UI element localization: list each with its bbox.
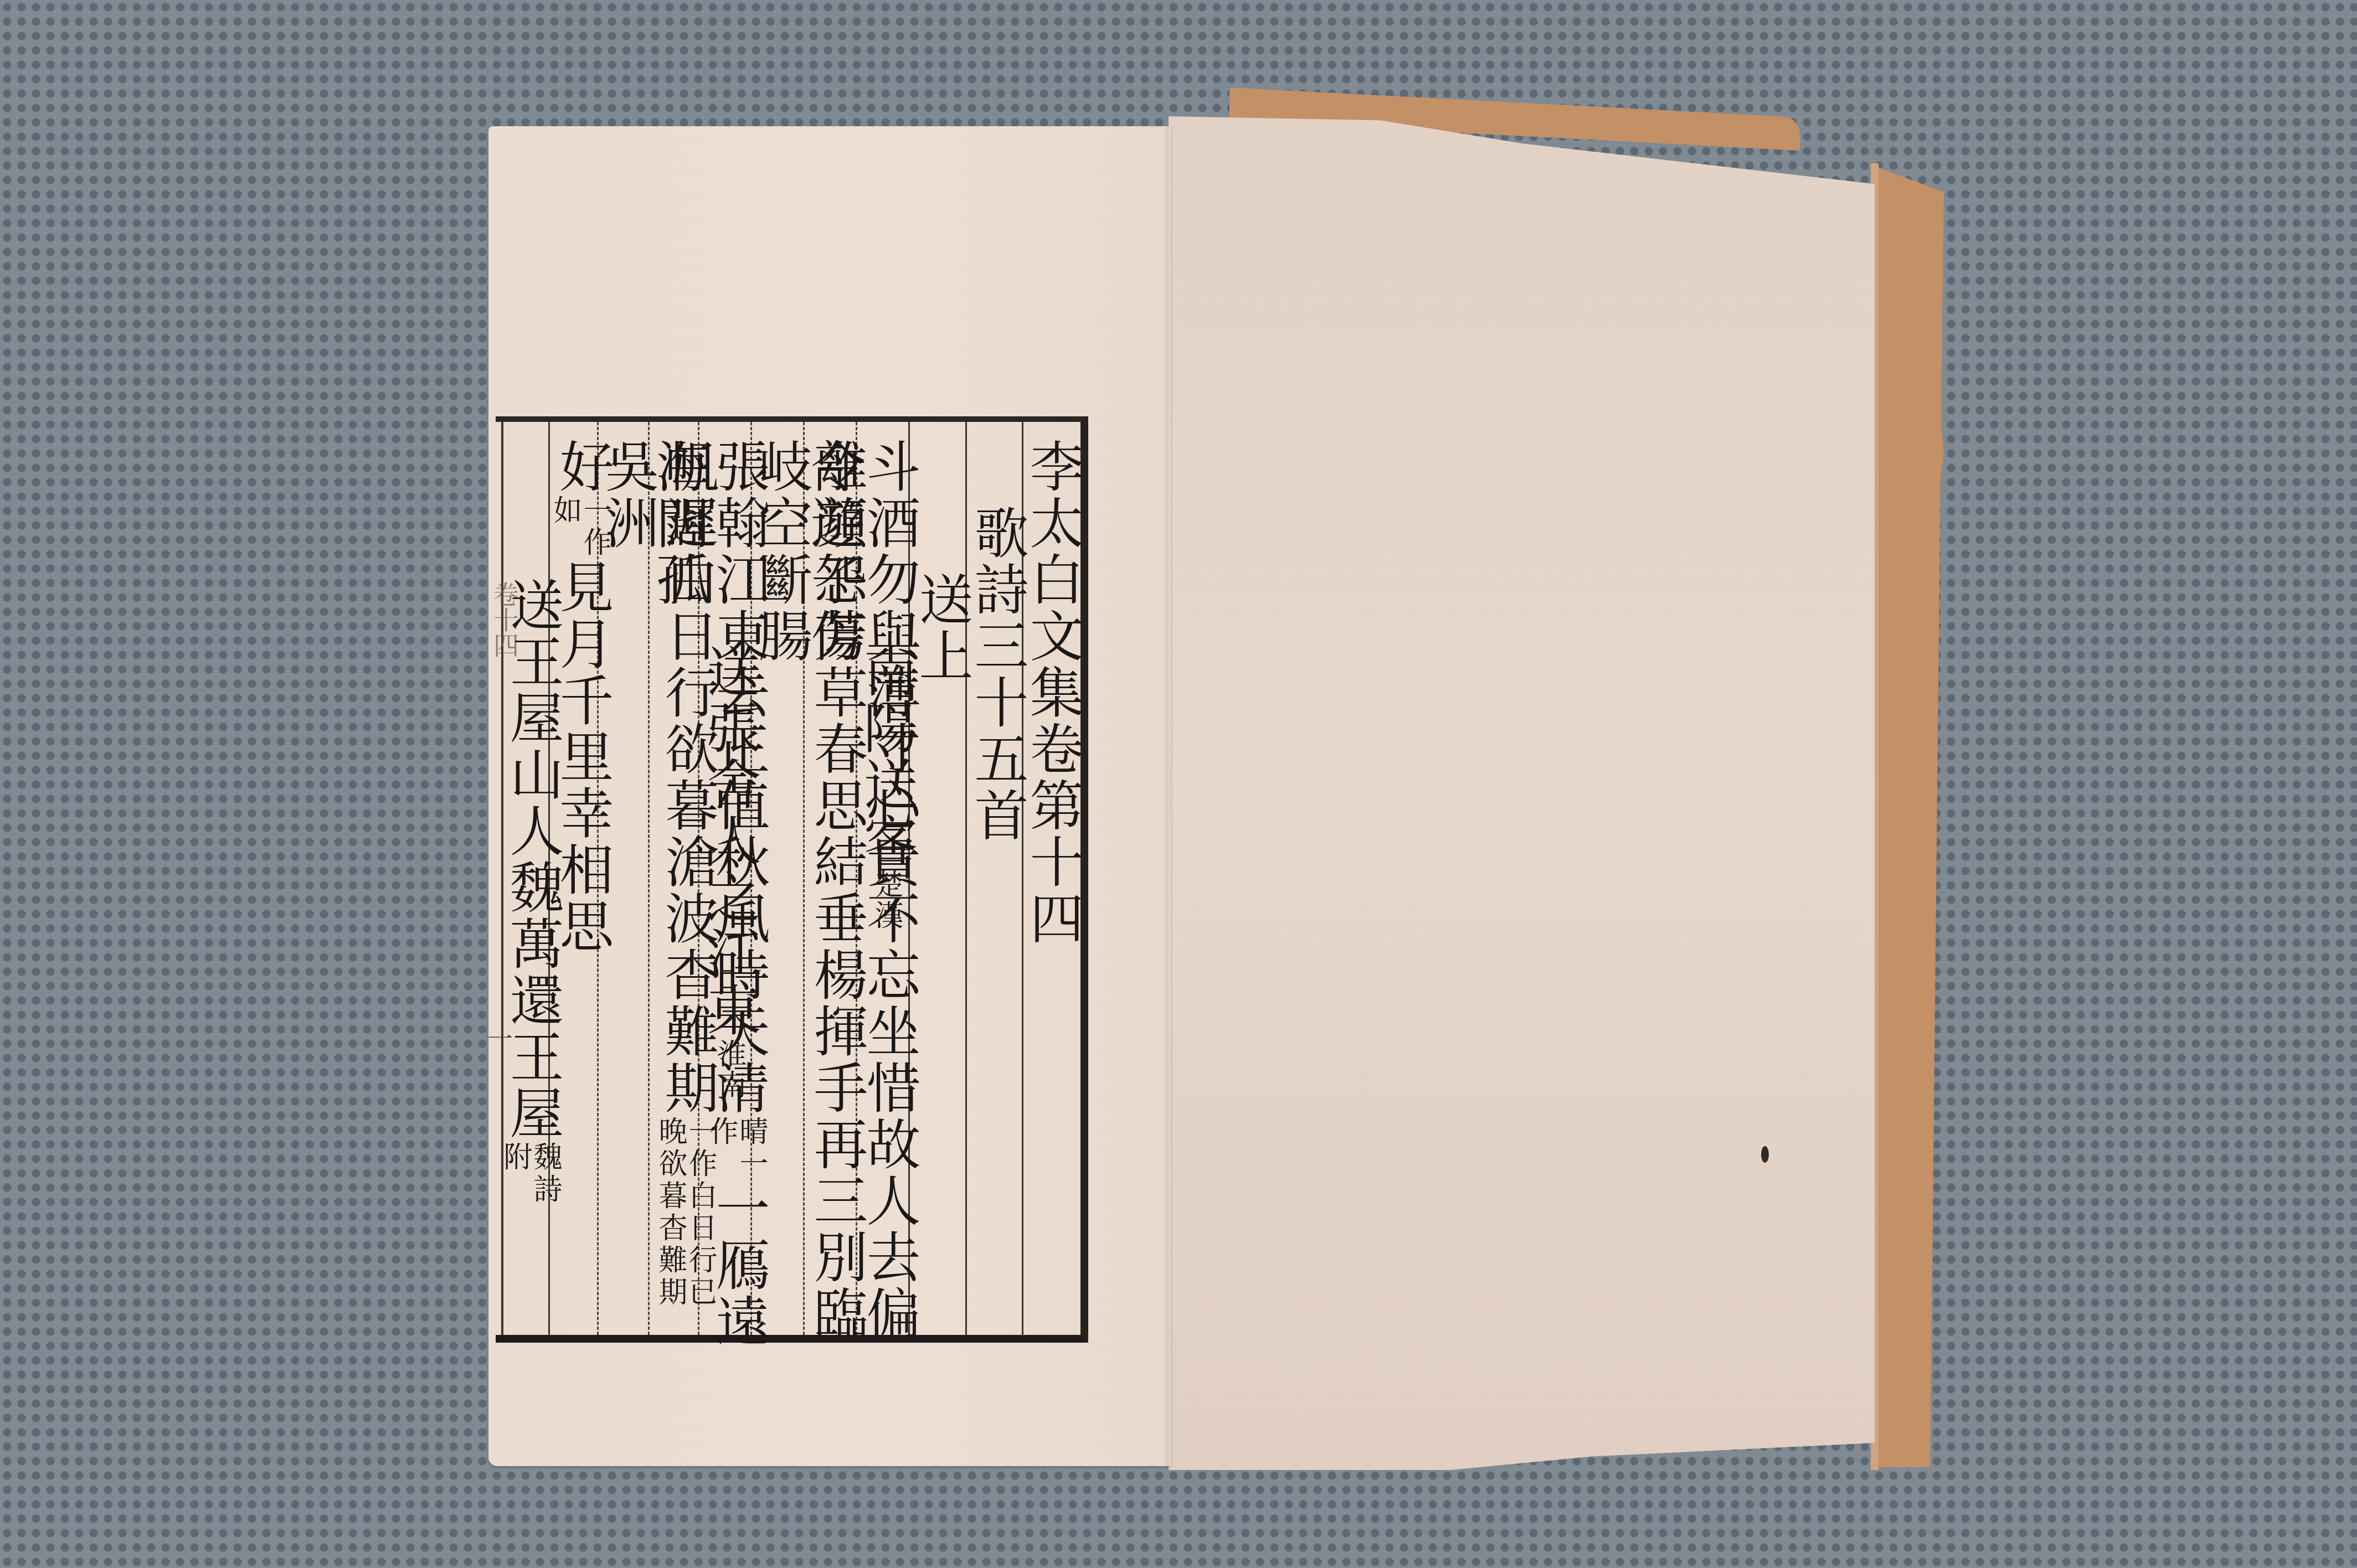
variant-note: 一作白日行已晚欲暮杳難期 (655, 1116, 715, 1309)
subtitle-text: 歌詩三十五首 (965, 505, 1028, 844)
book-title: 李太白文集卷第十四 (1025, 439, 1080, 1352)
note-right: 一作白日行已 (685, 1116, 715, 1309)
poem-title-wang-wu: 送王屋山人魏萬還王屋魏詩附 (500, 577, 560, 1490)
section-heading: 送上 (914, 571, 969, 1485)
poem-count-heading: 歌詩三十五首 (969, 505, 1025, 1419)
blank-right-page (1169, 116, 1875, 1470)
verse-line: 帆遲白日行欲暮滄波杳難期一作白日行已晚欲暮杳難期吳洲 (600, 439, 715, 1352)
appended-note: 魏詩附 (500, 1142, 560, 1206)
note-left: 如 (550, 495, 580, 559)
verse-text: 帆遲白日行欲暮滄波杳難期 (656, 439, 719, 1116)
poem-title-text: 送王屋山人魏萬還王屋 (501, 577, 564, 1142)
note-left: 晚欲暮杳難期 (655, 1116, 685, 1309)
note-right: 一作 (580, 495, 610, 559)
note-left: 附 (500, 1142, 530, 1206)
note-right: 晴一 (736, 1116, 766, 1180)
book-gutter (1166, 126, 1171, 1466)
ink-spot (1761, 1146, 1769, 1163)
variant-note: 一作如 (550, 495, 610, 559)
orange-backing-sheet-edge (1875, 166, 1944, 1467)
note-right: 魏詩 (530, 1142, 560, 1206)
ink-show-through (1169, 471, 1875, 1412)
verse-text: 好 (550, 439, 614, 495)
title-text: 李太白文集卷第十四 (1021, 439, 1084, 947)
verse-line: 離顔怨芳草春思結垂楊揮手再三別臨岐空斷腸 (753, 439, 864, 1352)
printed-text-frame: 李太白文集卷第十四 歌詩三十五首 送上 南陽送客楚漢 斗酒勿與薄寸心貴不忘坐惜故… (496, 416, 1088, 1343)
